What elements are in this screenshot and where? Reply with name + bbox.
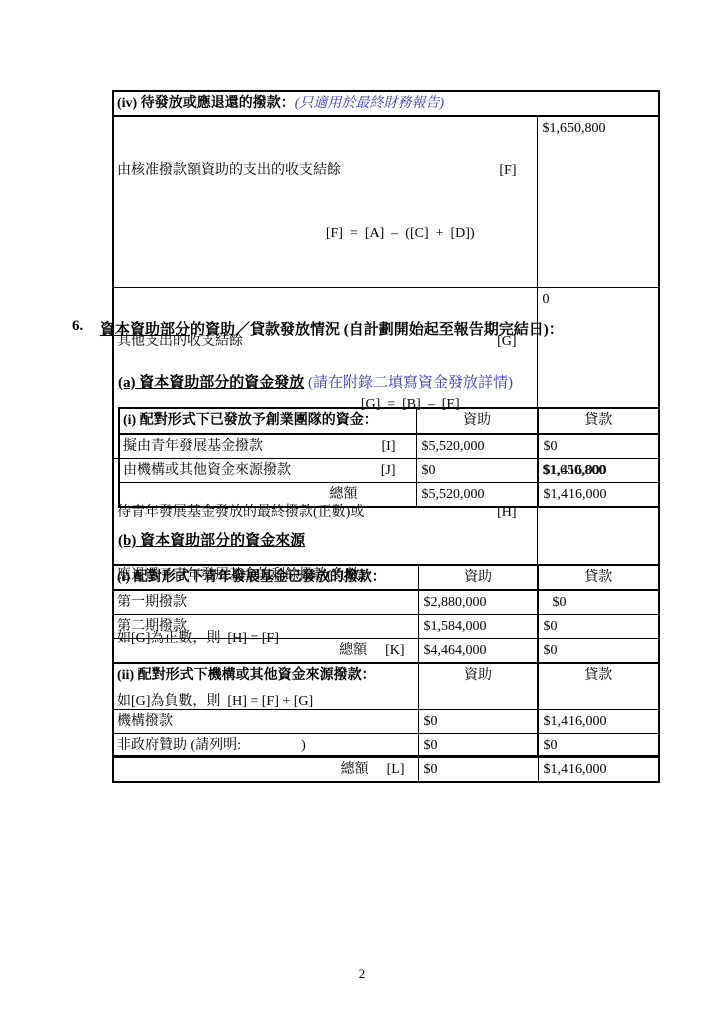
row-j-label: 由機構或其他資金來源撥款 — [123, 460, 291, 481]
table-total-row: 總額[L] $0 $1,416,000 — [113, 757, 659, 782]
row-j-grant: $0 — [416, 459, 538, 483]
table-a-grant-col-header: 資助 — [416, 408, 538, 434]
row-i-label-cell: 擬由青年發展基金撥款[I] — [119, 434, 416, 459]
row-i-loan: $0 — [538, 434, 659, 459]
row-i-ref: [I] — [382, 436, 413, 457]
section-b-heading: (b) 資本資助部分的資金來源 — [118, 529, 305, 550]
table-a-total-label: 總額 — [119, 483, 416, 508]
table-b1-total-ref: [K] — [385, 640, 404, 661]
section-6-title: 資本資助部分的資助／貸款發放情況 (自計劃開始起至報告期完結日)： — [100, 318, 564, 339]
table-a-total-grant: $5,520,000 — [416, 483, 538, 508]
table-row: 非政府贊助 (請列明:) $0 $0 — [113, 733, 659, 757]
table-b2-loan-col-header: 貸款 — [538, 663, 659, 709]
second-instalment-loan: $0 — [538, 615, 659, 639]
table-b2-header-label: (ii) 配對形式下機構或其他資金來源撥款： — [113, 663, 418, 709]
table-row: 擬由青年發展基金撥款[I] $5,520,000 $0 — [119, 434, 659, 459]
table-funding-sources: (i) 配對形式下青年發展基金已發放的撥款： 資助 貸款 第一期撥款 $2,88… — [112, 564, 660, 783]
row-j-loan: $1,416,000 — [538, 459, 659, 483]
table-funds-released: (i) 配對形式下已發放予創業團隊的資金： 資助 貸款 擬由青年發展基金撥款[I… — [118, 407, 660, 508]
document-page: (iv) 待發放或應退還的撥款：(只適用於最終財務報告) 由核准撥款額資助的支出… — [0, 0, 724, 1024]
table-b2-total-label: 總額 — [341, 759, 369, 780]
row-f-label: 由核准撥款額資助的支出的收支結餘 — [117, 160, 341, 181]
organisation-funding-grant: $0 — [418, 709, 538, 733]
table-total-row: 總額[K] $4,464,000 $0 — [113, 639, 659, 664]
table-b1-loan-col-header: 貸款 — [538, 565, 659, 590]
row-f-ref: [F] — [499, 160, 533, 181]
page-number: 2 — [0, 966, 724, 982]
table-b2-total-label-cell: 總額[L] — [113, 757, 418, 782]
table-row: 由核准撥款額資助的支出的收支結餘[F] [F] = [A] – ([C] + [… — [113, 116, 659, 288]
section-a-title: (a) 資本資助部分的資金發放 — [118, 375, 304, 391]
first-instalment-grant: $2,880,000 — [418, 590, 538, 615]
first-instalment-label: 第一期撥款 — [113, 590, 418, 615]
table-row: 機構撥款 $0 $1,416,000 — [113, 709, 659, 733]
non-gov-sponsorship-label-close: ) — [301, 738, 306, 753]
table-header-row: (ii) 配對形式下機構或其他資金來源撥款： 資助 貸款 — [113, 663, 659, 709]
table-iv-title: (iv) 待發放或應退還的撥款： — [117, 96, 295, 111]
table-b2-total-ref: [L] — [387, 759, 405, 780]
table-a-total-loan: $1,416,000 — [538, 483, 659, 508]
table-b2-grant-col-header: 資助 — [418, 663, 538, 709]
table-header-row: (i) 配對形式下青年發展基金已發放的撥款： 資助 貸款 — [113, 565, 659, 590]
row-j-label-cell: 由機構或其他資金來源撥款[J] — [119, 459, 416, 483]
second-instalment-grant: $1,584,000 — [418, 615, 538, 639]
section-6-number: 6. — [72, 318, 83, 335]
table-row: (iv) 待發放或應退還的撥款：(只適用於最終財務報告) — [113, 91, 659, 116]
table-iv-title-note: (只適用於最終財務報告) — [295, 96, 444, 111]
row-i-grant: $5,520,000 — [416, 434, 538, 459]
table-row: 第二期撥款 $1,584,000 $0 — [113, 615, 659, 639]
row-f-formula: [F] = [A] – ([C] + [D]) — [117, 223, 534, 244]
table-row: 第一期撥款 $2,880,000 $0 — [113, 590, 659, 615]
table-b1-total-grant: $4,464,000 — [418, 639, 538, 664]
section-6-title-rest: 的資助／貸款發放情況 (自計劃開始起至報告期完結日)： — [190, 322, 564, 338]
table-header-row: (i) 配對形式下已發放予創業團隊的資金： 資助 貸款 — [119, 408, 659, 434]
table-a-loan-col-header: 貸款 — [538, 408, 659, 434]
non-gov-sponsorship-label-cell: 非政府贊助 (請列明:) — [113, 733, 418, 757]
table-total-row: 總額 $5,520,000 $1,416,000 — [119, 483, 659, 508]
section-a-heading: (a) 資本資助部分的資金發放 (請在附錄二填寫資金發放詳情) — [118, 371, 513, 392]
organisation-funding-loan: $1,416,000 — [538, 709, 659, 733]
table-b1-total-label-cell: 總額[K] — [113, 639, 418, 664]
table-b1-header-label: (i) 配對形式下青年發展基金已發放的撥款： — [113, 565, 418, 590]
table-b2-total-loan: $1,416,000 — [538, 757, 659, 782]
organisation-funding-label: 機構撥款 — [113, 709, 418, 733]
second-instalment-label: 第二期撥款 — [113, 615, 418, 639]
section-a-note: (請在附錄二填寫資金發放詳情) — [308, 375, 513, 391]
first-instalment-loan: $0 — [538, 590, 659, 615]
table-b2-total-grant: $0 — [418, 757, 538, 782]
section-b-title: (b) 資本資助部分的資金來源 — [118, 533, 305, 549]
table-b1-total-loan: $0 — [538, 639, 659, 664]
non-gov-sponsorship-grant: $0 — [418, 733, 538, 757]
table-row: 由機構或其他資金來源撥款[J] $0 $1,416,000 — [119, 459, 659, 483]
table-b1-total-label: 總額 — [339, 640, 367, 661]
row-f-label-cell: 由核准撥款額資助的支出的收支結餘[F] [F] = [A] – ([C] + [… — [113, 116, 537, 288]
table-a-header-label: (i) 配對形式下已發放予創業團隊的資金： — [119, 408, 416, 434]
non-gov-sponsorship-loan: $0 — [538, 733, 659, 757]
row-j-ref: [J] — [381, 460, 413, 481]
row-f-value: $1,650,800 — [537, 116, 659, 288]
non-gov-sponsorship-label: 非政府贊助 (請列明: — [117, 738, 241, 753]
table-b1-grant-col-header: 資助 — [418, 565, 538, 590]
table-iv-title-cell: (iv) 待發放或應退還的撥款：(只適用於最終財務報告) — [113, 91, 659, 116]
section-6-title-underlined: 資本資助部分 — [100, 322, 190, 338]
row-i-label: 擬由青年發展基金撥款 — [123, 436, 263, 457]
